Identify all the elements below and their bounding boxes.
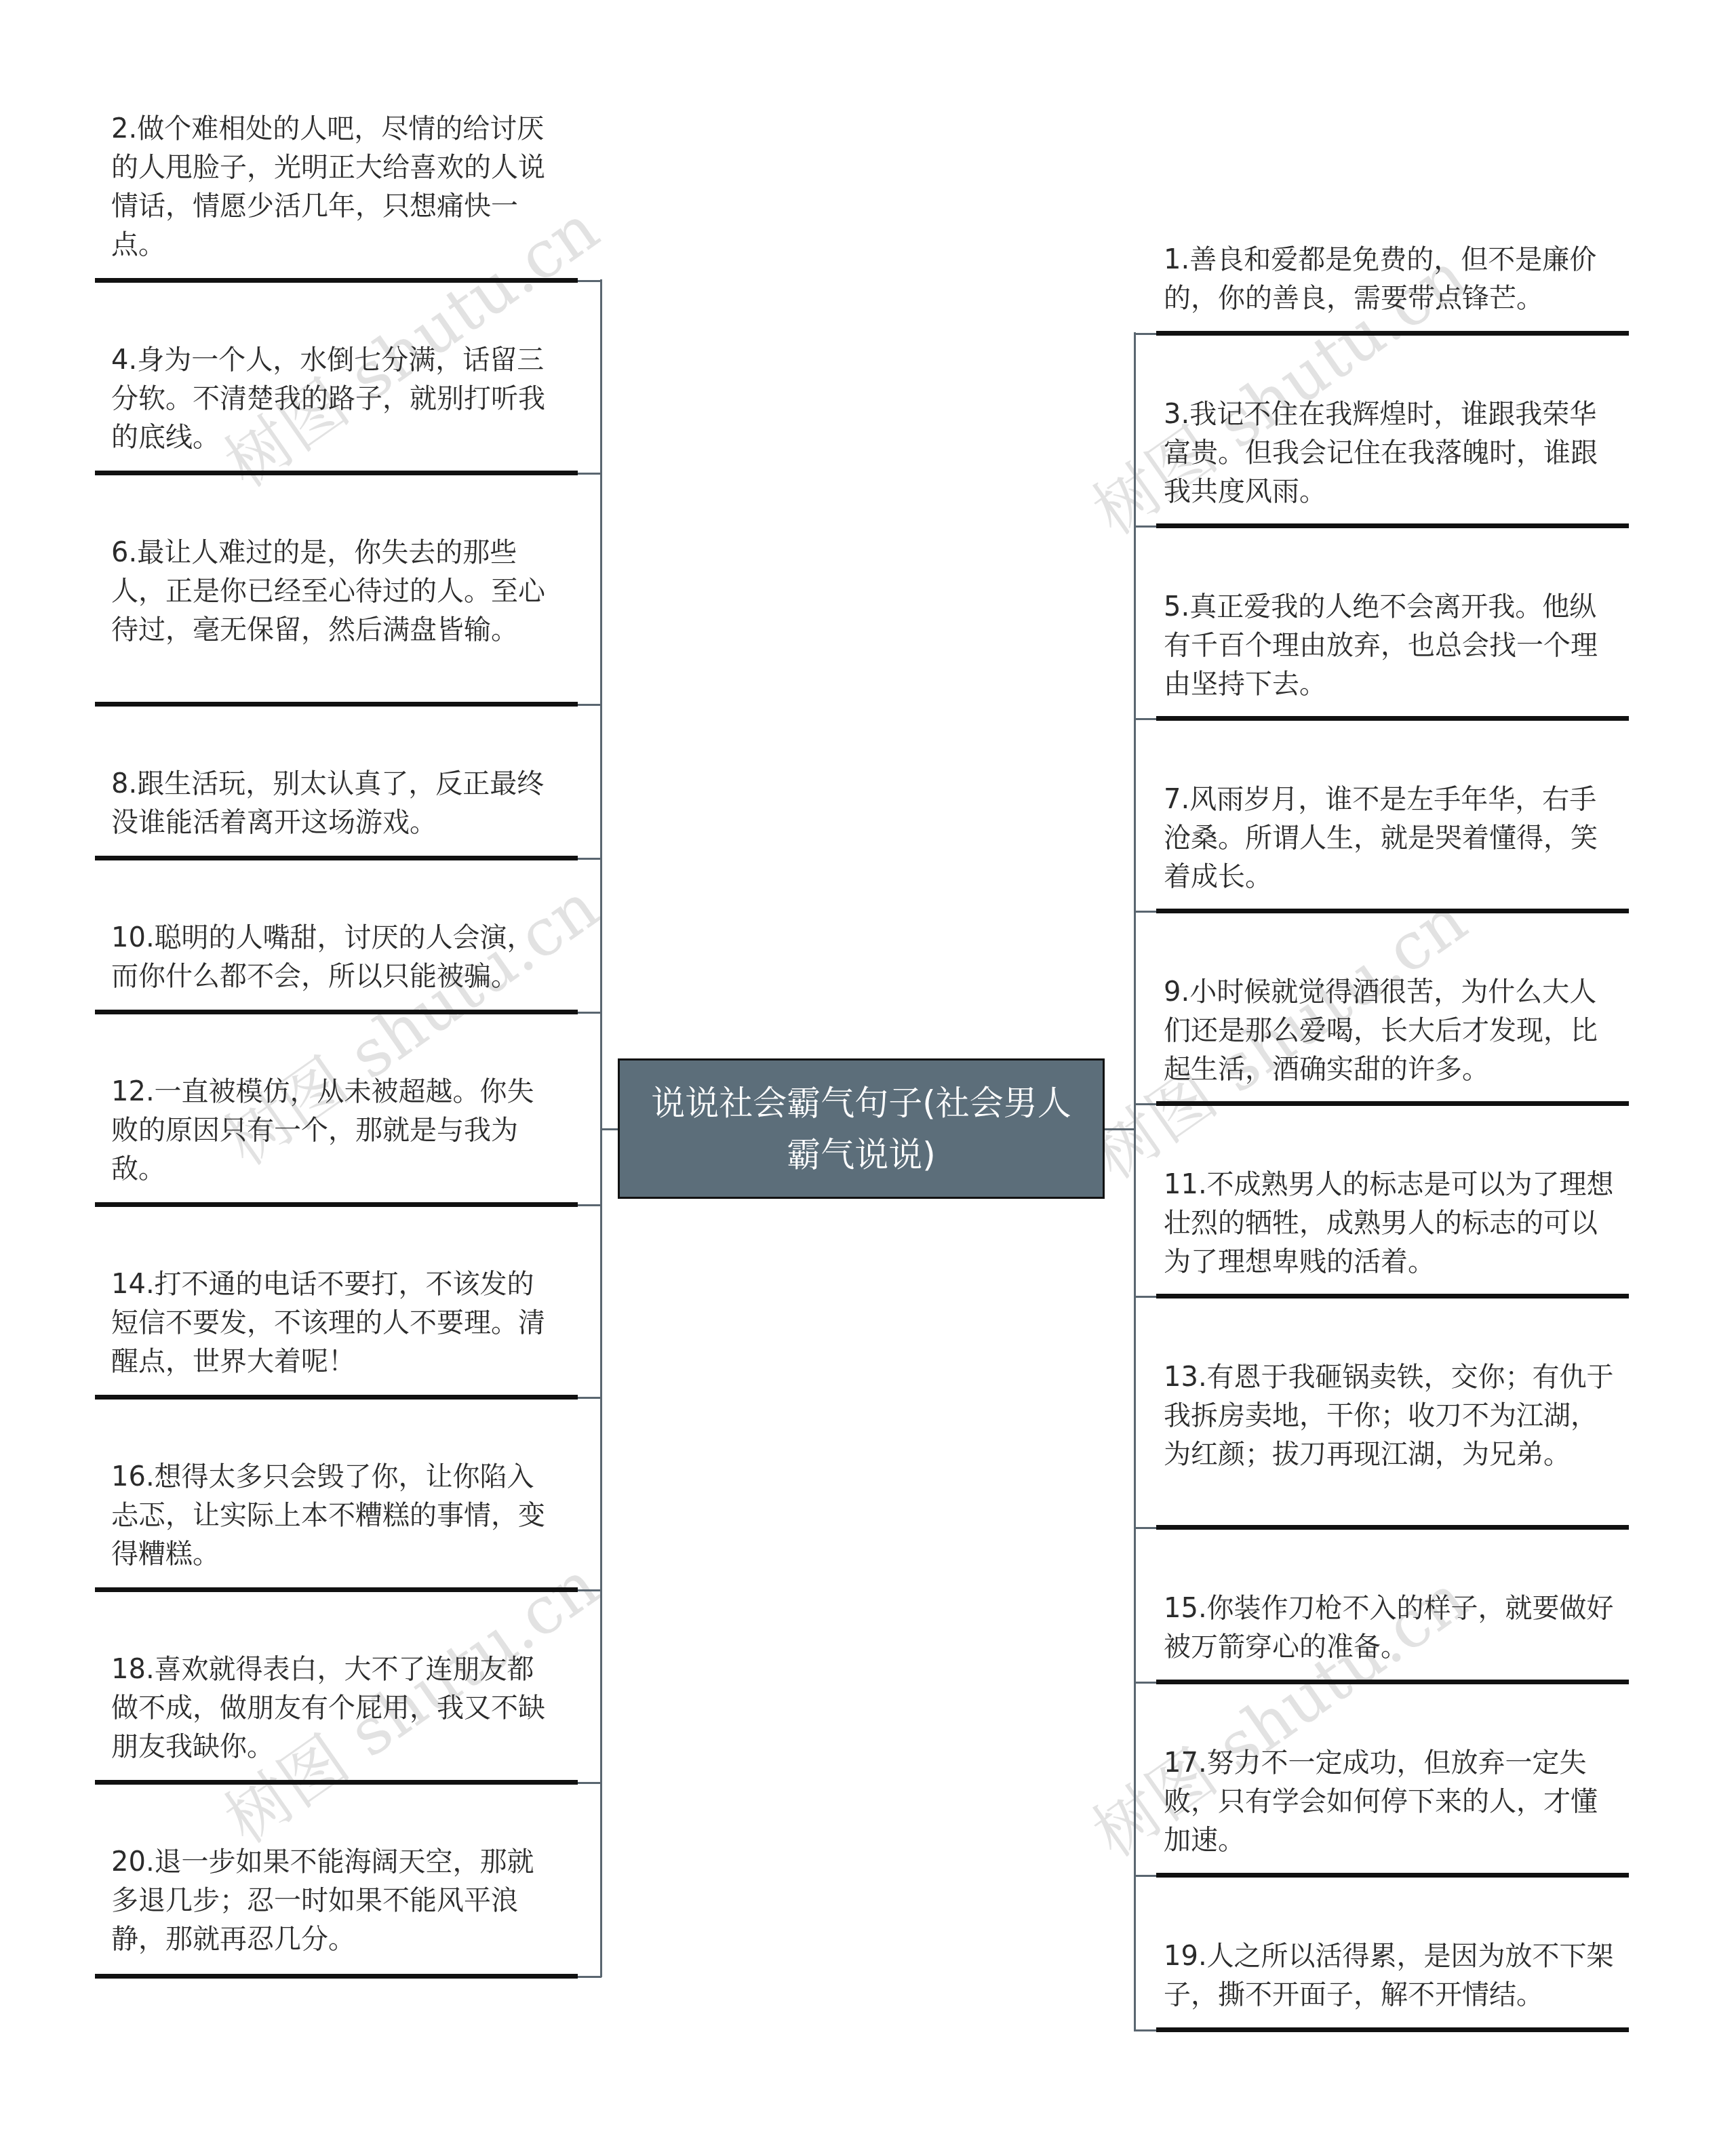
topic-node-10[interactable]: 10.聪明的人嘴甜，讨厌的人会演，而你什么都不会，所以只能被骗。 [111, 919, 559, 996]
branch-connector [1134, 1682, 1158, 1684]
node-underline [95, 278, 578, 283]
branch-connector [578, 1782, 601, 1784]
node-underline [95, 1202, 578, 1207]
node-underline [1156, 1680, 1629, 1684]
topic-node-1[interactable]: 1.善良和爱都是免费的，但不是廉价的，你的善良，需要带点锋芒。 [1164, 241, 1618, 318]
topic-node-8[interactable]: 8.跟生活玩，别太认真了，反正最终没谁能活着离开这场游戏。 [111, 765, 559, 842]
node-underline [1156, 1101, 1629, 1106]
branch-connector [1134, 525, 1158, 528]
topic-node-11[interactable]: 11.不成熟男人的标志是可以为了理想壮烈的牺牲，成熟男人的标志的可以为了理想卑贱… [1164, 1166, 1618, 1282]
node-underline [1156, 1873, 1629, 1878]
node-underline [1156, 2027, 1629, 2032]
topic-node-14[interactable]: 14.打不通的电话不要打，不该发的短信不要发，不该理的人不要理。清醒点，世界大着… [111, 1265, 559, 1381]
branch-connector [578, 1589, 601, 1591]
node-underline [95, 1974, 578, 1979]
node-underline [1156, 523, 1629, 528]
branch-connector [1134, 333, 1158, 335]
topic-node-9[interactable]: 9.小时候就觉得酒很苦，为什么大人们还是那么爱喝，长大后才发现，比起生活，酒确实… [1164, 973, 1618, 1089]
topic-node-17[interactable]: 17.努力不一定成功，但放弃一定失败，只有学会如何停下来的人，才懂加速。 [1164, 1744, 1618, 1860]
topic-node-5[interactable]: 5.真正爱我的人绝不会离开我。他纵有千百个理由放弃，也总会找一个理由坚持下去。 [1164, 588, 1618, 704]
topic-node-2[interactable]: 2.做个难相处的人吧，尽情的给讨厌的人甩脸子，光明正大给喜欢的人说情话，情愿少活… [111, 110, 559, 264]
branch-connector [578, 280, 601, 282]
branch-connector [1134, 911, 1158, 913]
topic-node-12[interactable]: 12.一直被模仿，从未被超越。你失败的原因只有一个，那就是与我为敌。 [111, 1073, 559, 1189]
node-underline [1156, 331, 1629, 336]
branch-connector [1134, 1527, 1158, 1529]
node-underline [95, 856, 578, 860]
node-underline [95, 1395, 578, 1400]
right-trunk-connector [1134, 332, 1136, 2031]
branch-connector [1134, 1296, 1158, 1298]
topic-node-16[interactable]: 16.想得太多只会毁了你，让你陷入忐忑，让实际上本不糟糕的事情，变得糟糕。 [111, 1458, 559, 1574]
branch-connector [578, 473, 601, 475]
center-to-left-connector [600, 1128, 619, 1130]
node-underline [95, 1010, 578, 1014]
branch-connector [1134, 2029, 1158, 2031]
topic-node-6[interactable]: 6.最让人难过的是，你失去的那些人，正是你已经至心待过的人。至心待过，毫无保留，… [111, 534, 559, 650]
node-underline [1156, 909, 1629, 913]
branch-connector [1134, 718, 1158, 720]
node-underline [1156, 1525, 1629, 1530]
topic-node-18[interactable]: 18.喜欢就得表白，大不了连朋友都做不成，做朋友有个屁用，我又不缺朋友我缺你。 [111, 1650, 559, 1766]
central-topic-label: 说说社会霸气句子(社会男人霸气说说) [647, 1077, 1076, 1181]
node-underline [95, 1587, 578, 1592]
branch-connector [578, 1012, 601, 1014]
branch-connector [578, 1397, 601, 1399]
topic-node-3[interactable]: 3.我记不住在我辉煌时，谁跟我荣华富贵。但我会记住在我落魄时，谁跟我共度风雨。 [1164, 395, 1618, 511]
topic-node-7[interactable]: 7.风雨岁月，谁不是左手年华，右手沧桑。所谓人生，就是哭着懂得，笑着成长。 [1164, 780, 1618, 896]
branch-connector [578, 1204, 601, 1206]
topic-node-19[interactable]: 19.人之所以活得累，是因为放不下架子，撕不开面子，解不开情结。 [1164, 1937, 1618, 2015]
branch-connector [1134, 1103, 1158, 1105]
topic-node-4[interactable]: 4.身为一个人，水倒七分满，话留三分软。不清楚我的路子，就别打听我的底线。 [111, 341, 559, 457]
branch-connector [1134, 1875, 1158, 1877]
topic-node-13[interactable]: 13.有恩于我砸锅卖铁，交你；有仇于我拆房卖地，干你；收刀不为江湖，为红颜；拔刀… [1164, 1358, 1618, 1474]
node-underline [1156, 716, 1629, 721]
node-underline [95, 1780, 578, 1785]
node-underline [1156, 1294, 1629, 1298]
central-topic-node[interactable]: 说说社会霸气句子(社会男人霸气说说) [618, 1058, 1105, 1199]
node-underline [95, 702, 578, 707]
branch-connector [578, 858, 601, 860]
node-underline [95, 471, 578, 475]
topic-node-20[interactable]: 20.退一步如果不能海阔天空，那就多退几步；忍一时如果不能风平浪静，那就再忍几分… [111, 1843, 559, 1959]
branch-connector [578, 704, 601, 706]
center-to-right-connector [1103, 1128, 1135, 1130]
branch-connector [578, 1976, 601, 1978]
topic-node-15[interactable]: 15.你装作刀枪不入的样子，就要做好被万箭穿心的准备。 [1164, 1589, 1618, 1667]
